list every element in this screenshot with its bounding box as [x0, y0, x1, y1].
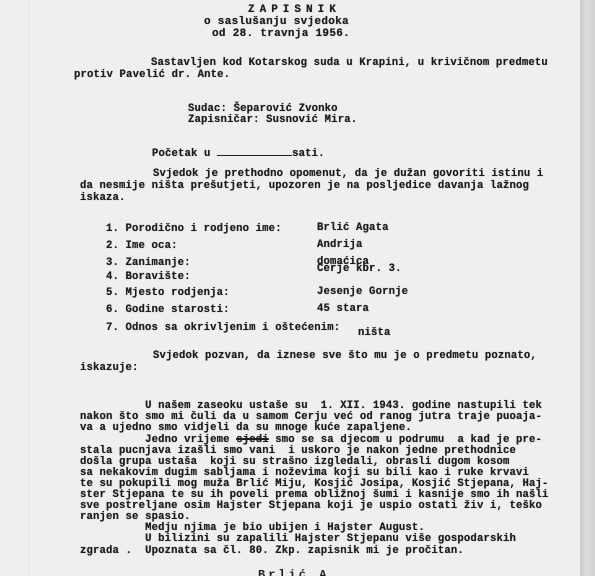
- warning-line-3: iskaza.: [80, 192, 126, 204]
- personal-data-value: Jesenje Gornje: [317, 286, 408, 298]
- personal-data-value: Cerje kbr. 3.: [317, 263, 402, 275]
- document-subtitle-2: od 28. travnja 1956.: [212, 28, 350, 40]
- testimony-line: va a ujedno smo vidjeli da su mnoge kuće…: [80, 422, 412, 434]
- personal-data-label: 4. Boravište:: [106, 271, 191, 283]
- personal-data-value: ništa: [358, 327, 391, 339]
- invitation-line-2: iskazuje:: [80, 362, 139, 374]
- testimony-line: U bilizini su zapalili Hajster Stjepanu …: [80, 533, 516, 545]
- warning-line-2: da nesmije ništa prešutjeti, upozoren je…: [80, 180, 529, 192]
- document-title: ZAPISNIK: [248, 4, 341, 16]
- start-time-blank: [217, 146, 292, 156]
- personal-data-label: 6. Godine starosti:: [106, 304, 230, 316]
- invitation-line-1: Svjedok pozvan, da iznese sve što mu je …: [153, 350, 537, 362]
- warning-line-1: Svjedok je prethodno opomenut, da je duž…: [153, 168, 543, 180]
- page-right-edge: [580, 0, 595, 576]
- personal-data-label: 3. Zanimanje:: [106, 257, 191, 269]
- personal-data-value: Andrija: [317, 239, 363, 251]
- personal-data-label: 7. Odnos sa okrivljenim i oštećenim:: [106, 322, 340, 334]
- testimony-line: zgrada . Upoznata sa čl. 80. Zkp. zapisn…: [80, 545, 464, 557]
- document-subtitle-1: o saslušanju svjedoka: [204, 16, 349, 28]
- signature: Brlić A.: [258, 568, 340, 576]
- intro-line-1: Sastavljen kod Kotarskog suda u Krapini,…: [151, 57, 548, 69]
- start-suffix: sati.: [292, 148, 325, 160]
- personal-data-label: 1. Porodično i rodjeno ime:: [106, 223, 282, 235]
- personal-data-value: Brlić Agata: [317, 222, 389, 234]
- clerk-name: Susnović Mira.: [266, 114, 357, 126]
- page-left-edge: [28, 0, 29, 576]
- clerk-label: Zapisničar:: [188, 114, 260, 126]
- start-prefix: Početak u: [152, 148, 211, 160]
- intro-line-2: protiv Pavelić dr. Ante.: [74, 69, 230, 81]
- personal-data-label: 2. Ime oca:: [106, 240, 178, 252]
- personal-data-label: 5. Mjesto rodjenja:: [106, 287, 230, 299]
- start-time-line: Početak u sati.: [152, 146, 325, 160]
- personal-data-value: 45 stara: [317, 303, 369, 315]
- clerk-line: Zapisničar: Susnović Mira.: [188, 114, 357, 126]
